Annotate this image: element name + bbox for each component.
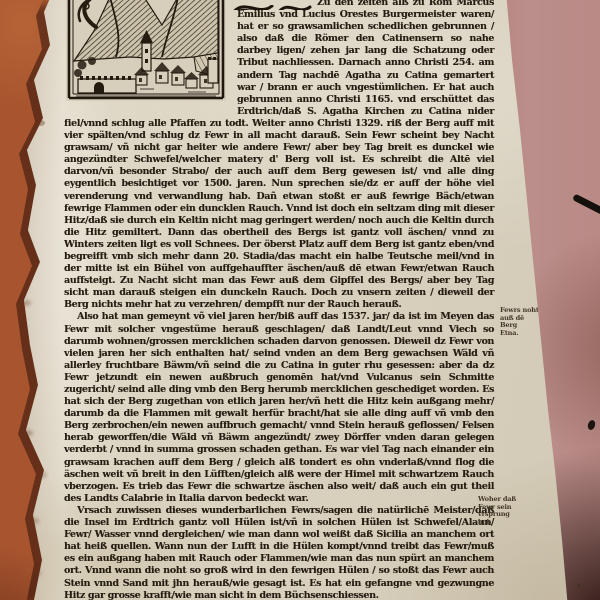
heading-swash-fragment xyxy=(230,0,312,10)
ink-speck-mark xyxy=(577,583,581,588)
body-paragraph: Also hat man gemeynt võ viel jaren her/b… xyxy=(64,311,494,505)
etna-eruption-woodcut xyxy=(66,0,226,101)
book-page: Zu den zeiten alß zu Rom Marcus Emilius … xyxy=(0,0,600,600)
margin-note-fire-origin: Woher daß Fewr sein vrsprung hab. xyxy=(478,496,522,526)
margin-note-etna-fire: Fewrs noht auß dē Berg Etna. xyxy=(500,307,542,337)
body-text-block: Zu den zeiten alß zu Rom Marcus Emilius … xyxy=(64,0,494,600)
body-paragraph: Vrsach zuwissen dieses wunderbarlichen F… xyxy=(64,505,494,600)
